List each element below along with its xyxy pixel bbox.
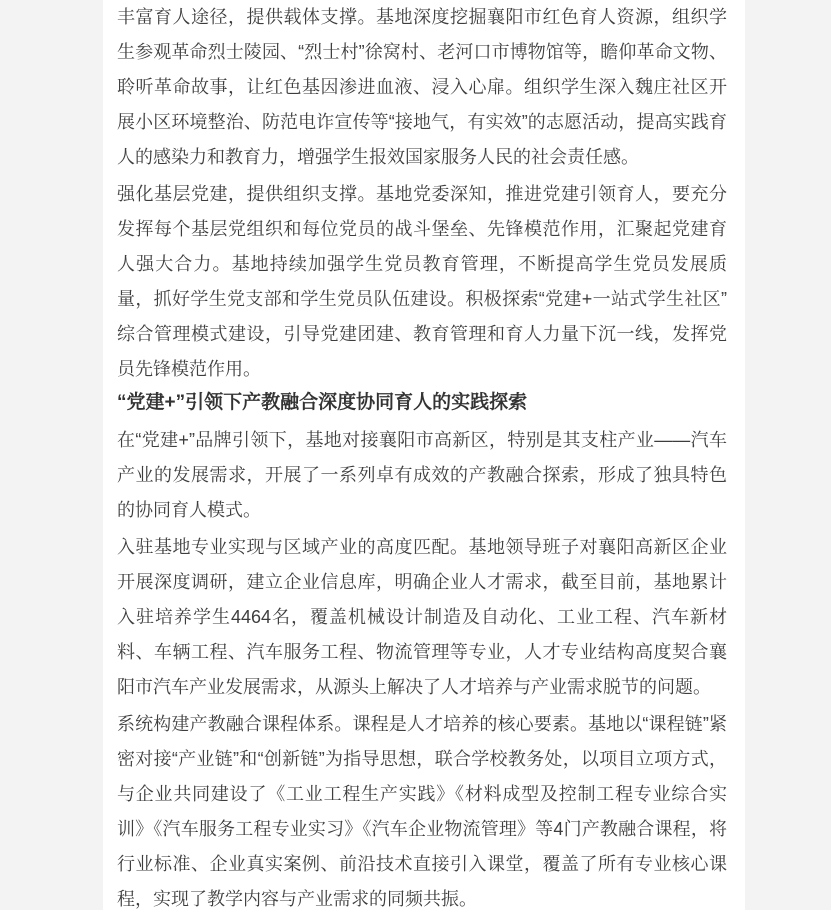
article-content-column: 丰富育人途径，提供载体支撑。基地深度挖掘襄阳市红色育人资源，组织学生参观革命烈士… (103, 0, 745, 910)
article-body: 丰富育人途径，提供载体支撑。基地深度挖掘襄阳市红色育人资源，组织学生参观革命烈士… (117, 0, 727, 910)
paragraph-curriculum-system: 系统构建产教融合课程体系。课程是人才培养的核心要素。基地以“课程链”紧密对接“产… (117, 707, 727, 910)
section-heading: “党建+”引领下产教融合深度协同育人的实践探索 (117, 389, 727, 417)
paragraph-brand-led-overview: 在“党建+”品牌引领下，基地对接襄阳市高新区，特别是其支柱产业——汽车产业的发展… (117, 423, 727, 528)
paragraph-grassroots-party-building: 强化基层党建，提供组织支撑。基地党委深知，推进党建引领育人，要充分发挥每个基层党… (117, 177, 727, 387)
paragraph-practice-education: 丰富育人途径，提供载体支撑。基地深度挖掘襄阳市红色育人资源，组织学生参观革命烈士… (117, 0, 727, 175)
paragraph-industry-matching: 入驻基地专业实现与区域产业的高度匹配。基地领导班子对襄阳高新区企业开展深度调研，… (117, 530, 727, 705)
